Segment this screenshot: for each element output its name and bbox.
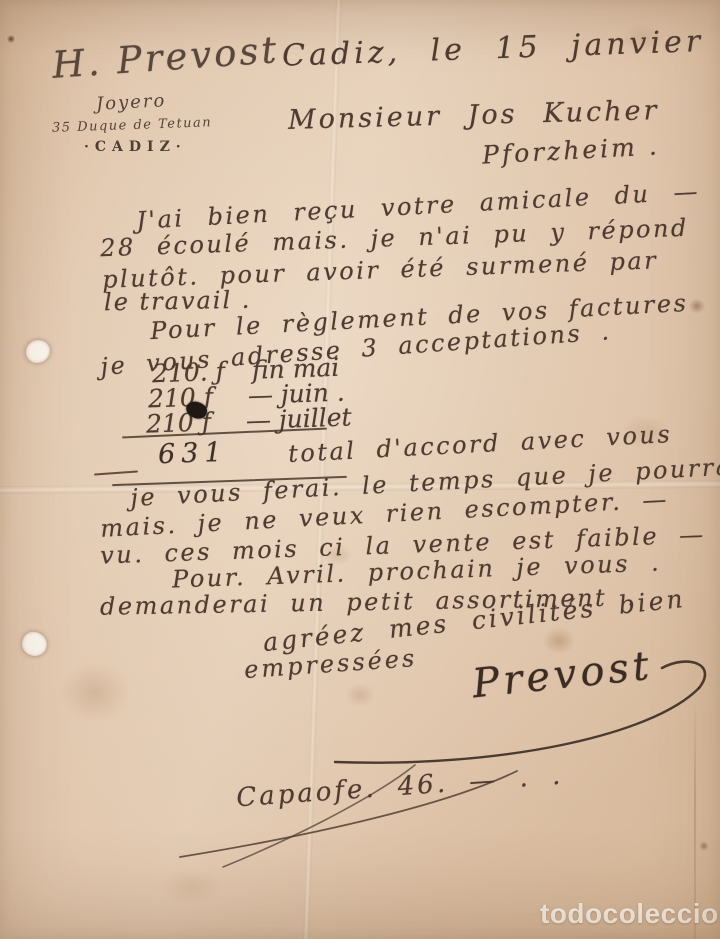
- total-value: 631: [157, 437, 228, 470]
- stain: [698, 840, 710, 852]
- todocoleccion-watermark: todocoleccion: [540, 898, 720, 930]
- stain: [686, 296, 708, 316]
- recipient-city: Pforzheim .: [481, 131, 660, 169]
- letterhead-name: H. Prevost: [51, 28, 281, 87]
- punch-hole-top: [26, 340, 50, 363]
- letterhead-title: Joyero: [95, 90, 166, 115]
- margin-dash: [94, 470, 138, 475]
- stain: [6, 34, 16, 44]
- dateline: Cadiz, le 15 janvier 97: [282, 21, 720, 73]
- punch-hole-bottom: [19, 629, 49, 659]
- letterhead-address: 35 Duque de Tetuan: [52, 115, 213, 136]
- body-line: le travail .: [104, 286, 252, 317]
- letter-scan: H. Prevost Joyero 35 Duque de Tetuan ·CA…: [0, 0, 720, 939]
- letterhead-city: ·CADIZ·: [84, 139, 187, 155]
- postscript-flourish: [165, 763, 535, 873]
- recipient-name: Monsieur Jos Kucher: [288, 95, 660, 136]
- stain: [45, 650, 145, 735]
